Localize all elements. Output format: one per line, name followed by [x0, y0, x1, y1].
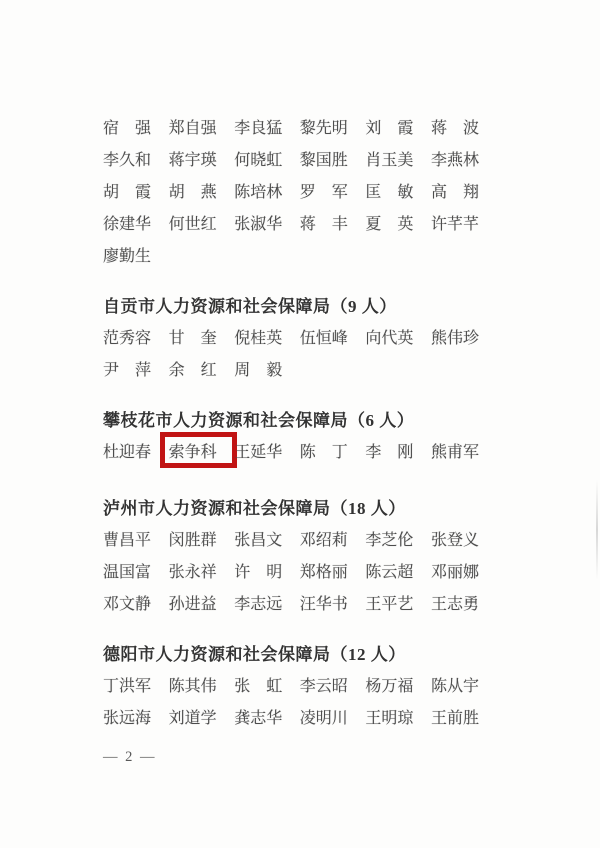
name-cell: 王延华 [234, 439, 282, 462]
name-cell: 夏 英 [365, 211, 413, 234]
person-name: 蒋宇瑛 [169, 147, 217, 170]
person-name: 许 明 [234, 559, 282, 582]
person-name: 刘道学 [169, 705, 217, 728]
person-name: 蒋 丰 [300, 211, 348, 234]
name-cell: 罗 军 [300, 179, 348, 202]
name-cell: 闵胜群 [169, 527, 217, 550]
bureau-section: 自贡市人力资源和社会保障局（9 人）范秀容甘 奎倪桂英伍恒峰向代英熊伟珍尹 萍余… [103, 288, 479, 384]
name-cell: 宿 强 [103, 115, 151, 138]
person-name: 廖勤生 [103, 243, 151, 266]
name-row: 丁洪军陈其伟张 虹李云昭杨万福陈从宇 [103, 668, 479, 700]
name-row: 曹昌平闵胜群张昌文邓绍莉李芝伦张登义 [103, 522, 479, 554]
name-cell: 许芊芊 [431, 211, 479, 234]
name-cell: 倪桂英 [234, 325, 282, 348]
section-header: 德阳市人力资源和社会保障局（12 人） [103, 636, 479, 668]
person-name: 郑自强 [169, 115, 217, 138]
name-cell: 李燕林 [431, 147, 479, 170]
name-row: 范秀容甘 奎倪桂英伍恒峰向代英熊伟珍 [103, 320, 479, 352]
person-name: 陈云超 [365, 559, 413, 582]
person-name: 陈 丁 [300, 439, 348, 462]
name-cell: 伍恒峰 [300, 325, 348, 348]
person-name: 蒋 波 [431, 115, 479, 138]
person-name: 高 翔 [431, 179, 479, 202]
section-header: 自贡市人力资源和社会保障局（9 人） [103, 288, 479, 320]
name-cell: 陈其伟 [169, 673, 217, 696]
person-name: 杨万福 [365, 673, 413, 696]
person-name: 邓文静 [103, 591, 151, 614]
person-name: 罗 军 [300, 179, 348, 202]
name-cell: 孙进益 [169, 591, 217, 614]
person-name: 丁洪军 [103, 673, 151, 696]
name-row: 温国富张永祥许 明郑格丽陈云超邓丽娜 [103, 554, 479, 586]
section-header: 攀枝花市人力资源和社会保障局（6 人） [103, 402, 479, 434]
bureau-section: 攀枝花市人力资源和社会保障局（6 人）杜迎春索争科王延华陈 丁李 刚熊甫军 [103, 402, 479, 466]
person-name: 肖玉美 [365, 147, 413, 170]
name-cell: 张登义 [431, 527, 479, 550]
person-name: 王明琼 [365, 705, 413, 728]
name-cell: 李 刚 [365, 439, 413, 462]
name-cell: 蒋 丰 [300, 211, 348, 234]
name-cell: 王明琼 [365, 705, 413, 728]
name-cell: 余 红 [169, 357, 217, 380]
name-row: 胡 霞胡 燕陈培林罗 军匡 敏高 翔 [103, 174, 479, 206]
person-name: 徐建华 [103, 211, 151, 234]
name-cell: 何晓虹 [234, 147, 282, 170]
name-cell: 邓文静 [103, 591, 151, 614]
name-cell: 蒋宇瑛 [169, 147, 217, 170]
name-cell: 蒋 波 [431, 115, 479, 138]
person-name: 李燕林 [431, 147, 479, 170]
name-cell: 黎先明 [300, 115, 348, 138]
name-cell: 曹昌平 [103, 527, 151, 550]
person-name: 陈从宇 [431, 673, 479, 696]
name-cell: 徐建华 [103, 211, 151, 234]
person-name: 张昌文 [234, 527, 282, 550]
person-name: 张淑华 [234, 211, 282, 234]
person-name: 范秀容 [103, 325, 151, 348]
name-row: 张远海刘道学龚志华凌明川王明琼王前胜 [103, 700, 479, 732]
person-name: 尹 萍 [103, 357, 151, 380]
person-name: 熊伟珍 [431, 325, 479, 348]
name-cell: 郑格丽 [300, 559, 348, 582]
person-name: 凌明川 [300, 705, 348, 728]
name-cell: 汪华书 [300, 591, 348, 614]
name-cell: 王平艺 [365, 591, 413, 614]
person-name: 张登义 [431, 527, 479, 550]
name-cell: 胡 燕 [169, 179, 217, 202]
name-cell: 刘 霞 [365, 115, 413, 138]
name-cell: 熊伟珍 [431, 325, 479, 348]
name-cell: 胡 霞 [103, 179, 151, 202]
person-name: 王延华 [234, 439, 282, 462]
name-row: 李久和蒋宇瑛何晓虹黎国胜肖玉美李燕林 [103, 142, 479, 174]
person-name: 王志勇 [431, 591, 479, 614]
name-cell: 丁洪军 [103, 673, 151, 696]
name-cell: 甘 奎 [169, 325, 217, 348]
person-name: 熊甫军 [431, 439, 479, 462]
continuation-section: 宿 强郑自强李良猛黎先明刘 霞蒋 波李久和蒋宇瑛何晓虹黎国胜肖玉美李燕林胡 霞胡… [103, 110, 479, 270]
name-cell: 向代英 [365, 325, 413, 348]
name-cell: 周 毅 [234, 357, 282, 380]
section-header: 泸州市人力资源和社会保障局（18 人） [103, 490, 479, 522]
name-cell: 邓绍莉 [300, 527, 348, 550]
person-name: 王平艺 [365, 591, 413, 614]
name-cell: 邓丽娜 [431, 559, 479, 582]
document-page: 宿 强郑自强李良猛黎先明刘 霞蒋 波李久和蒋宇瑛何晓虹黎国胜肖玉美李燕林胡 霞胡… [0, 0, 600, 848]
person-name: 汪华书 [300, 591, 348, 614]
name-cell: 黎国胜 [300, 147, 348, 170]
person-name: 陈其伟 [169, 673, 217, 696]
person-name: 闵胜群 [169, 527, 217, 550]
name-cell: 张 虹 [234, 673, 282, 696]
name-cell: 索争科 [169, 439, 217, 462]
person-name: 何世红 [169, 211, 217, 234]
person-name: 李志远 [234, 591, 282, 614]
person-name: 杜迎春 [103, 439, 151, 462]
name-row: 廖勤生 [103, 238, 479, 270]
person-name: 张永祥 [169, 559, 217, 582]
name-cell: 尹 萍 [103, 357, 151, 380]
person-name: 李 刚 [365, 439, 413, 462]
name-cell: 李良猛 [234, 115, 282, 138]
name-cell: 李久和 [103, 147, 151, 170]
person-name: 龚志华 [234, 705, 282, 728]
name-cell: 陈培林 [234, 179, 282, 202]
name-cell: 李芝伦 [365, 527, 413, 550]
person-name: 余 红 [169, 357, 217, 380]
name-cell: 何世红 [169, 211, 217, 234]
name-cell: 龚志华 [234, 705, 282, 728]
person-name: 索争科 [169, 439, 217, 462]
person-name: 张 虹 [234, 673, 282, 696]
person-name: 李良猛 [234, 115, 282, 138]
name-row: 杜迎春索争科王延华陈 丁李 刚熊甫军 [103, 434, 479, 466]
name-cell: 刘道学 [169, 705, 217, 728]
name-row: 邓文静孙进益李志远汪华书王平艺王志勇 [103, 586, 479, 618]
person-name: 伍恒峰 [300, 325, 348, 348]
bureau-section: 泸州市人力资源和社会保障局（18 人）曹昌平闵胜群张昌文邓绍莉李芝伦张登义温国富… [103, 490, 479, 618]
name-cell: 李志远 [234, 591, 282, 614]
name-cell: 王志勇 [431, 591, 479, 614]
person-name: 宿 强 [103, 115, 151, 138]
person-name: 曹昌平 [103, 527, 151, 550]
person-name: 陈培林 [234, 179, 282, 202]
name-cell: 杨万福 [365, 673, 413, 696]
person-name: 黎国胜 [300, 147, 348, 170]
person-name: 周 毅 [234, 357, 282, 380]
name-cell: 王前胜 [431, 705, 479, 728]
person-name: 夏 英 [365, 211, 413, 234]
name-cell: 凌明川 [300, 705, 348, 728]
person-name: 邓绍莉 [300, 527, 348, 550]
name-cell: 李云昭 [300, 673, 348, 696]
name-cell: 温国富 [103, 559, 151, 582]
name-cell: 许 明 [234, 559, 282, 582]
person-name: 温国富 [103, 559, 151, 582]
name-cell: 高 翔 [431, 179, 479, 202]
name-row: 徐建华何世红张淑华蒋 丰夏 英许芊芊 [103, 206, 479, 238]
person-name: 何晓虹 [234, 147, 282, 170]
name-cell: 范秀容 [103, 325, 151, 348]
person-name: 胡 燕 [169, 179, 217, 202]
person-name: 张远海 [103, 705, 151, 728]
name-cell: 张永祥 [169, 559, 217, 582]
scan-artifact [596, 480, 598, 580]
name-cell: 匡 敏 [365, 179, 413, 202]
person-name: 李芝伦 [365, 527, 413, 550]
name-cell: 廖勤生 [103, 243, 151, 266]
document-content: 宿 强郑自强李良猛黎先明刘 霞蒋 波李久和蒋宇瑛何晓虹黎国胜肖玉美李燕林胡 霞胡… [103, 110, 479, 766]
name-row: 尹 萍余 红周 毅 [103, 352, 479, 384]
person-name: 郑格丽 [300, 559, 348, 582]
person-name: 李云昭 [300, 673, 348, 696]
name-cell: 张昌文 [234, 527, 282, 550]
name-cell: 肖玉美 [365, 147, 413, 170]
person-name: 邓丽娜 [431, 559, 479, 582]
name-cell: 郑自强 [169, 115, 217, 138]
person-name: 匡 敏 [365, 179, 413, 202]
bureau-section: 德阳市人力资源和社会保障局（12 人）丁洪军陈其伟张 虹李云昭杨万福陈从宇张远海… [103, 636, 479, 732]
name-row: 宿 强郑自强李良猛黎先明刘 霞蒋 波 [103, 110, 479, 142]
person-name: 孙进益 [169, 591, 217, 614]
person-name: 刘 霞 [365, 115, 413, 138]
person-name: 许芊芊 [431, 211, 479, 234]
name-cell: 张淑华 [234, 211, 282, 234]
person-name: 甘 奎 [169, 325, 217, 348]
page-number: — 2 — [103, 749, 479, 766]
person-name: 李久和 [103, 147, 151, 170]
name-cell: 陈云超 [365, 559, 413, 582]
person-name: 胡 霞 [103, 179, 151, 202]
name-cell: 陈 丁 [300, 439, 348, 462]
person-name: 向代英 [365, 325, 413, 348]
person-name: 黎先明 [300, 115, 348, 138]
person-name: 倪桂英 [234, 325, 282, 348]
name-cell: 熊甫军 [431, 439, 479, 462]
name-cell: 杜迎春 [103, 439, 151, 462]
name-cell: 张远海 [103, 705, 151, 728]
person-name: 王前胜 [431, 705, 479, 728]
name-cell: 陈从宇 [431, 673, 479, 696]
